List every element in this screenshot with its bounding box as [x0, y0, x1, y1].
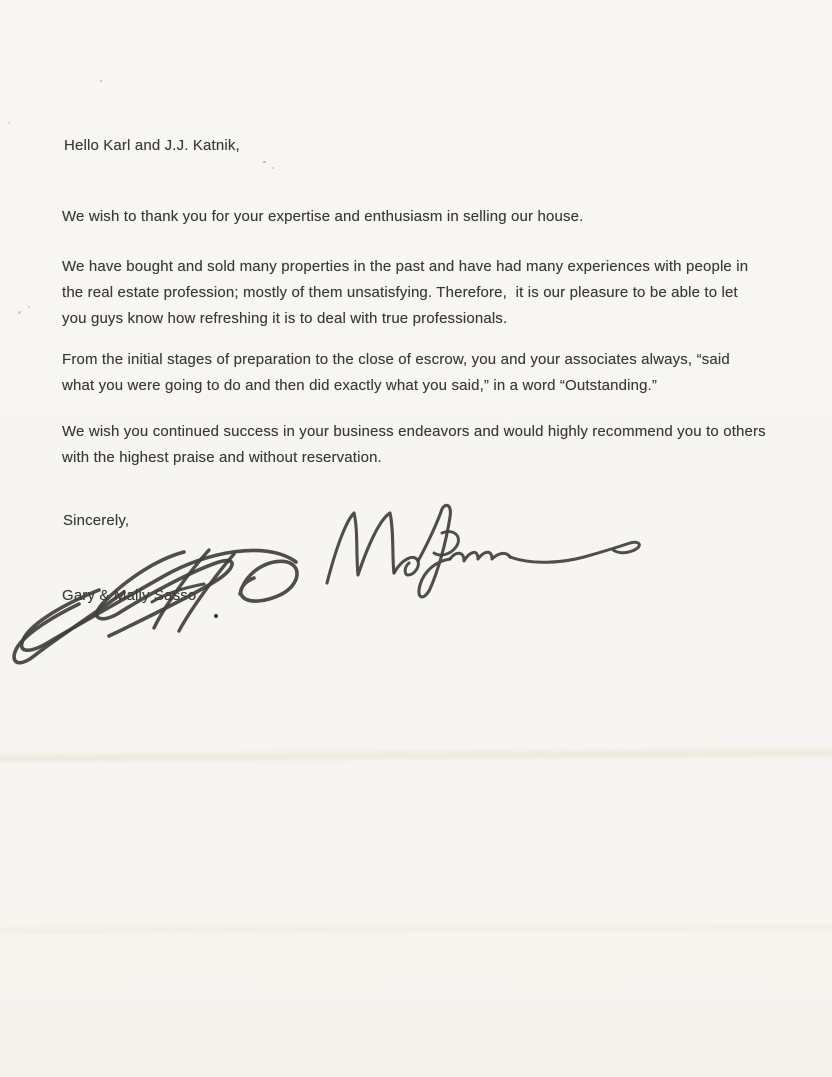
scan-speck	[28, 306, 30, 308]
gary-sasso-signature	[4, 532, 306, 667]
paragraph-1-line-1: We wish to thank you for your expertise …	[62, 204, 583, 230]
greeting-text: Hello Karl and J.J. Katnik,	[64, 133, 240, 159]
closing: Sincerely,	[63, 508, 129, 534]
letter-page: Hello Karl and J.J. Katnik, We wish to t…	[0, 0, 832, 1077]
greeting: Hello Karl and J.J. Katnik,	[64, 133, 240, 159]
scan-speck	[100, 80, 102, 82]
paper-crease	[0, 923, 832, 936]
scan-speck	[263, 161, 266, 163]
paragraph-4: We wish you continued success in your bu…	[62, 419, 766, 471]
scan-speck	[8, 122, 10, 124]
paragraph-1: We wish to thank you for your expertise …	[62, 204, 583, 230]
paragraph-4-line-1: We wish you continued success in your bu…	[62, 419, 766, 445]
paragraph-3-line-2: what you were going to do and then did e…	[62, 373, 730, 399]
paragraph-3-line-1: From the initial stages of preparation t…	[62, 347, 730, 373]
paragraph-2-line-3: you guys know how refreshing it is to de…	[62, 306, 748, 332]
paragraph-3: From the initial stages of preparation t…	[62, 347, 730, 399]
paragraph-2: We have bought and sold many properties …	[62, 254, 748, 332]
paragraph-2-line-2: the real estate profession; mostly of th…	[62, 280, 748, 306]
paragraph-2-line-1: We have bought and sold many properties …	[62, 254, 748, 280]
scan-speck	[18, 311, 21, 314]
paper-crease	[0, 745, 832, 765]
paragraph-4-line-2: with the highest praise and without rese…	[62, 445, 766, 471]
closing-text: Sincerely,	[63, 508, 129, 534]
mally-sasso-signature	[312, 503, 656, 605]
scan-speck	[272, 167, 274, 169]
